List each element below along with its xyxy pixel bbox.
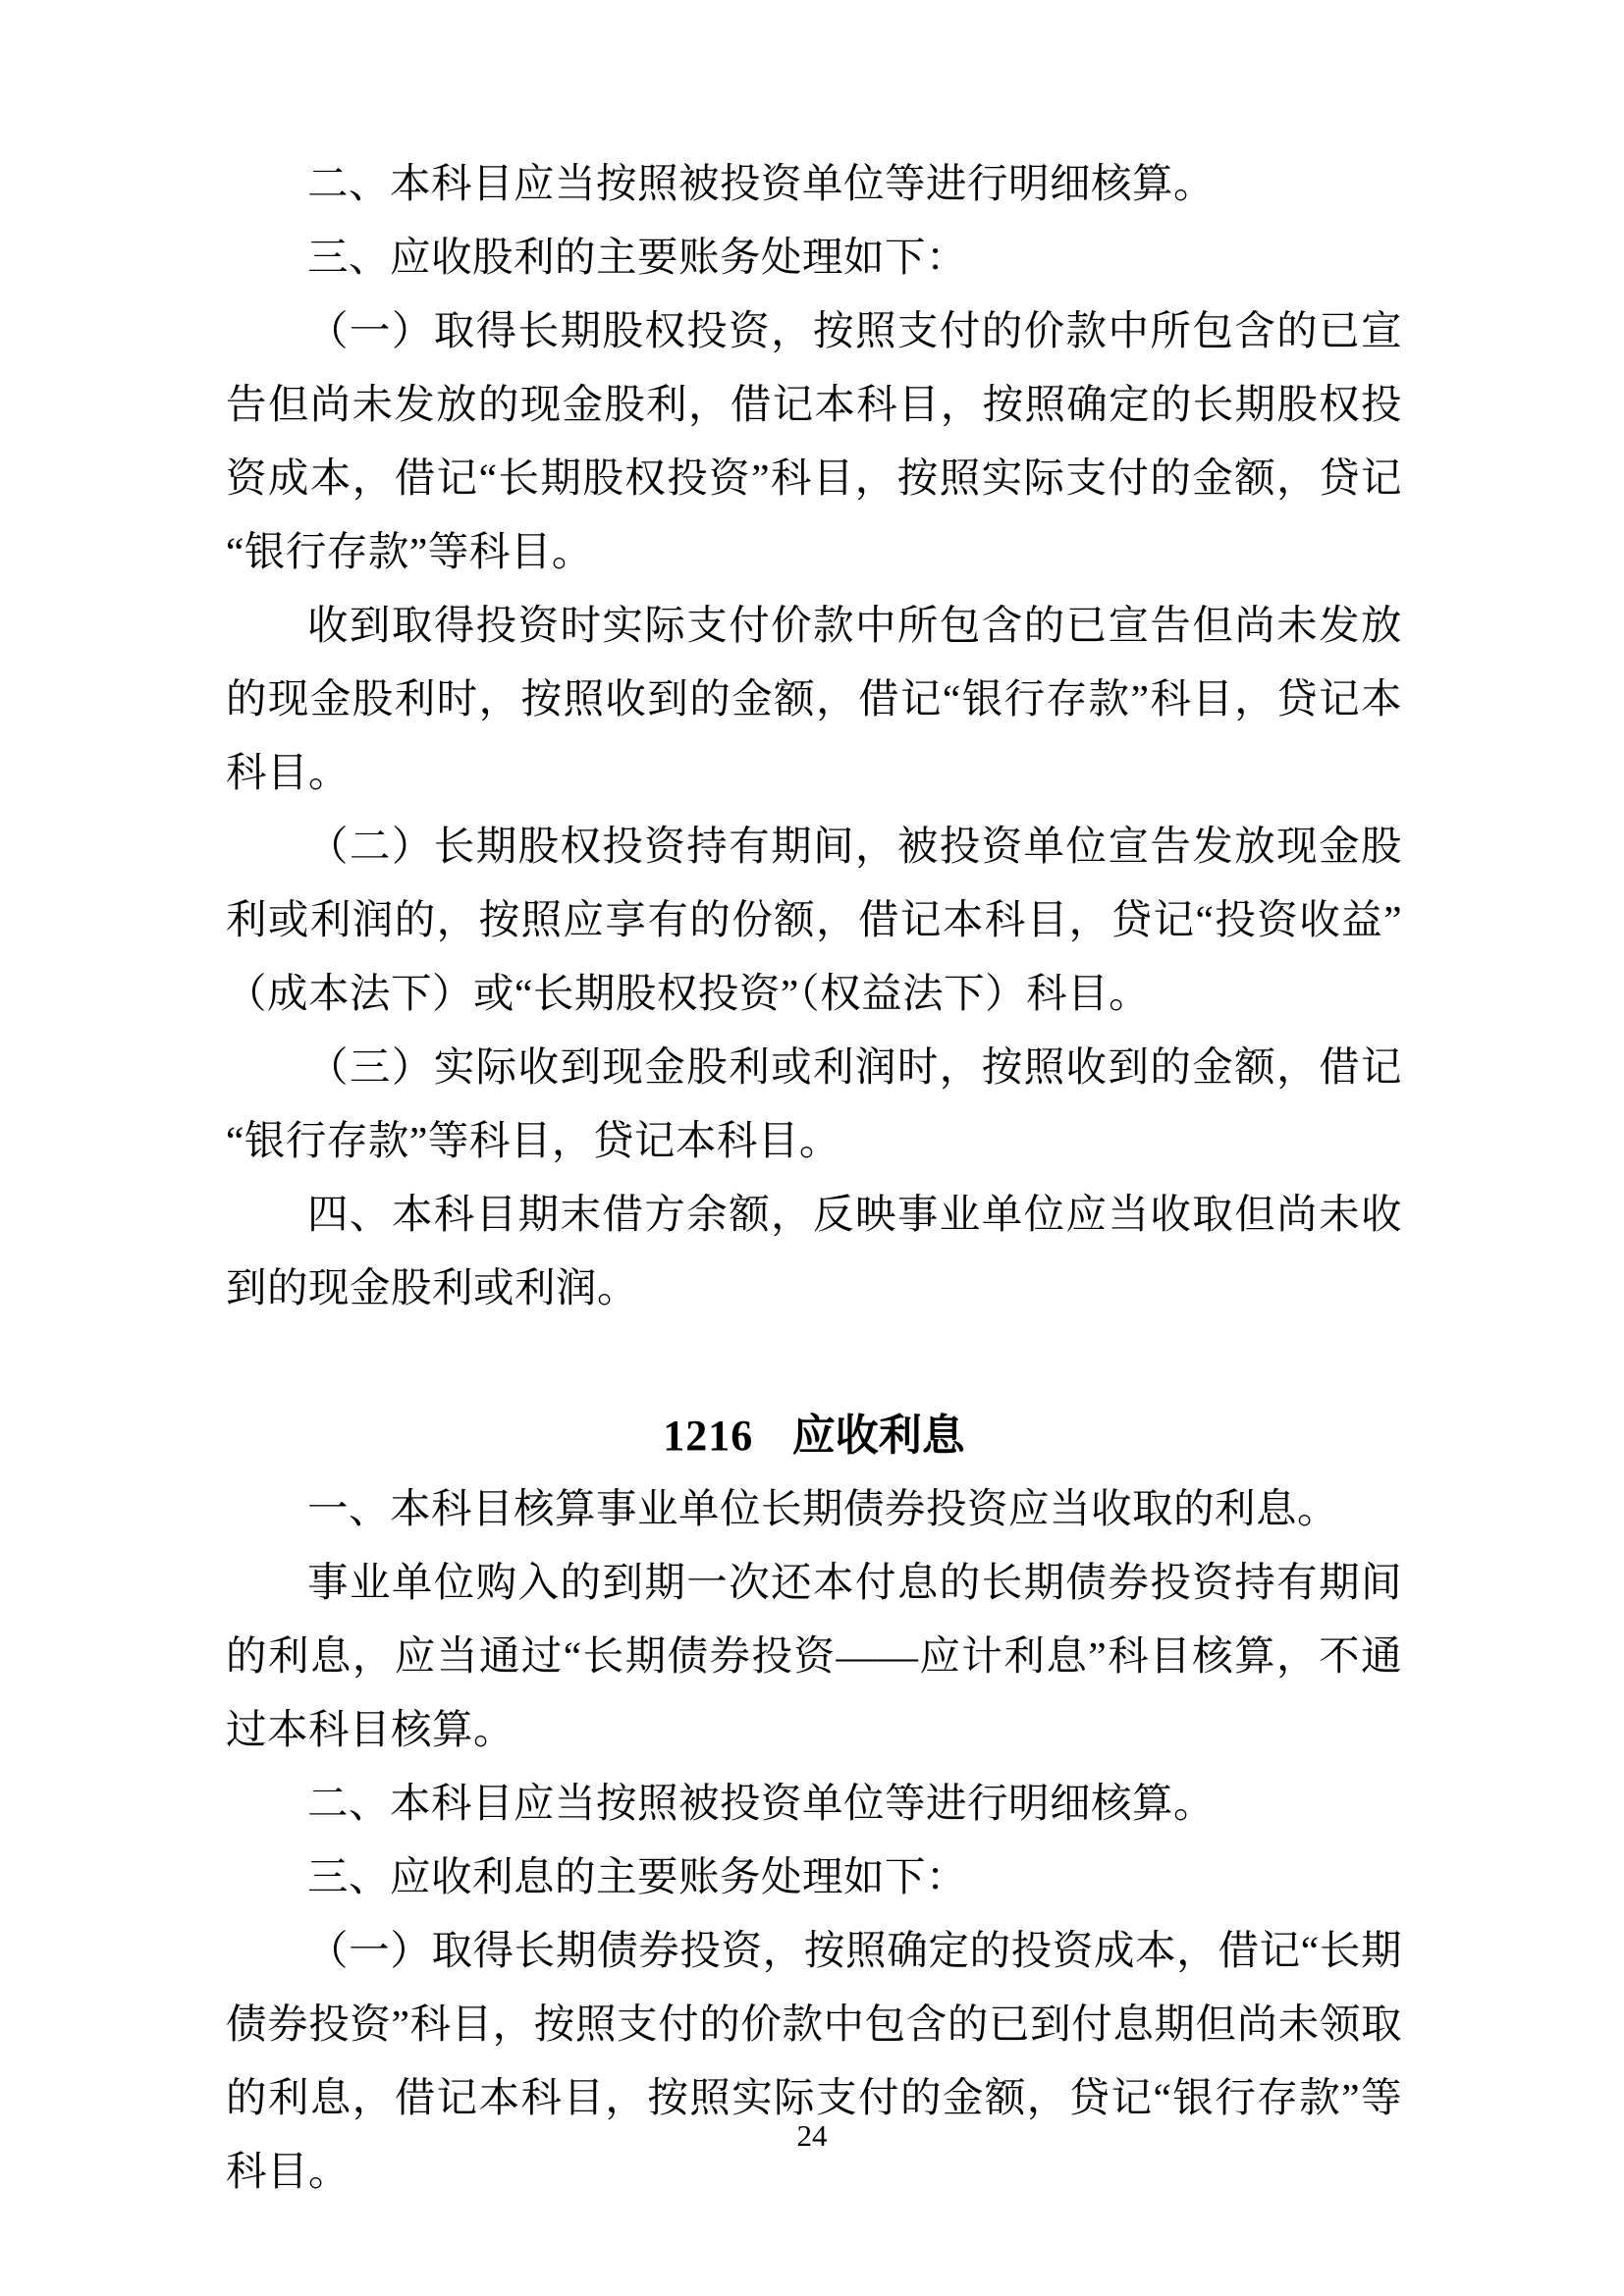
paragraph: 收到取得投资时实际支付价款中所包含的已宣告但尚未发放的现金股利时，按照收到的金额… (226, 589, 1402, 810)
paragraph: 三、应收利息的主要账务处理如下： (226, 1841, 1402, 1914)
paragraph: 一、本科目核算事业单位长期债券投资应当收取的利息。 (226, 1472, 1402, 1546)
paragraph: （三）实际收到现金股利或利润时，按照收到的金额，借记“银行存款”等科目，贷记本科… (226, 1031, 1402, 1178)
paragraph: （一）取得长期债券投资，按照确定的投资成本，借记“长期债券投资”科目，按照支付的… (226, 1914, 1402, 2209)
paragraph: 二、本科目应当按照被投资单位等进行明细核算。 (226, 1767, 1402, 1841)
paragraph: （一）取得长期股权投资，按照支付的价款中所包含的已宣告但尚未发放的现金股利，借记… (226, 294, 1402, 589)
section-title: 应收利息 (792, 1412, 965, 1460)
section-code: 1216 (663, 1412, 753, 1460)
section-heading: 1216应收利息 (226, 1399, 1402, 1472)
paragraph: 事业单位购入的到期一次还本付息的长期债券投资持有期间的利息，应当通过“长期债券投… (226, 1546, 1402, 1767)
paragraph: 三、应收股利的主要账务处理如下： (226, 221, 1402, 294)
paragraph: 二、本科目应当按照被投资单位等进行明细核算。 (226, 147, 1402, 221)
document-page: 二、本科目应当按照被投资单位等进行明细核算。三、应收股利的主要账务处理如下：（一… (0, 0, 1624, 2296)
page-number: 24 (0, 2118, 1624, 2154)
paragraph: （二）长期股权投资持有期间，被投资单位宣告发放现金股利或利润的，按照应享有的份额… (226, 810, 1402, 1031)
paragraph: 四、本科目期末借方余额，反映事业单位应当收取但尚未收到的现金股利或利润。 (226, 1178, 1402, 1325)
document-content: 二、本科目应当按照被投资单位等进行明细核算。三、应收股利的主要账务处理如下：（一… (226, 147, 1402, 2209)
